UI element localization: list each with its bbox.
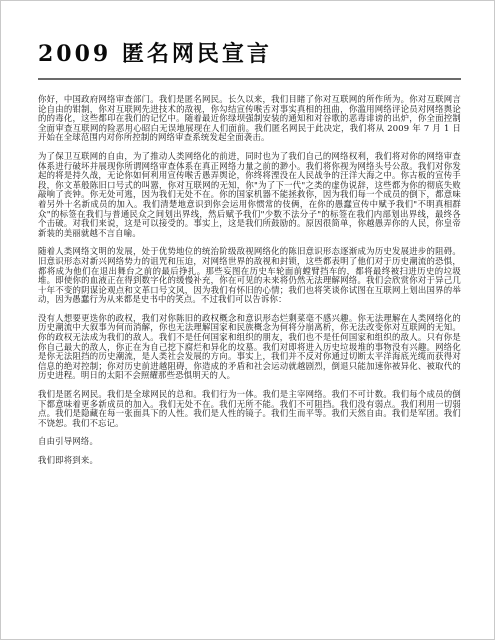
page-title: 2009 匿名网民宣言	[38, 37, 461, 68]
closing-line: 我们即将到来。	[38, 456, 461, 466]
slogan-line: 自由引导网络。	[38, 437, 461, 447]
screenshot-canvas: 2009 匿名网民宣言 你好，中国政府网络审查部门。我们是匿名网民。长久以来，我…	[0, 0, 495, 640]
document-body: 你好，中国政府网络审查部门。我们是匿名网民。长久以来，我们目睹了你对互联网的所作…	[38, 95, 461, 466]
body-paragraph-3: 随着人类网络文明的发展，处于优势地位的统治阶级敌视网络化的陈旧意识形态逐渐成为历…	[38, 247, 461, 305]
title-divider	[38, 78, 461, 80]
body-paragraph-2: 为了保卫互联网的自由，为了推动人类网络化的前进，同时也为了我们自己的网络权利，我…	[38, 152, 461, 238]
document-page: 2009 匿名网民宣言 你好，中国政府网络审查部门。我们是匿名网民。长久以来，我…	[0, 0, 495, 640]
body-paragraph-4: 没有人想要更迭你的政权，我们对你陈旧的政权概念和意识形态烂剩菜毫不感兴趣。你无法…	[38, 314, 461, 381]
body-paragraph-5: 我们是匿名网民。我们是全球网民的总和。我们行为一体。我们是主宰网络。我们不可计数…	[38, 390, 461, 428]
body-paragraph-1: 你好，中国政府网络审查部门。我们是匿名网民。长久以来，我们目睹了你对互联网的所作…	[38, 95, 461, 143]
